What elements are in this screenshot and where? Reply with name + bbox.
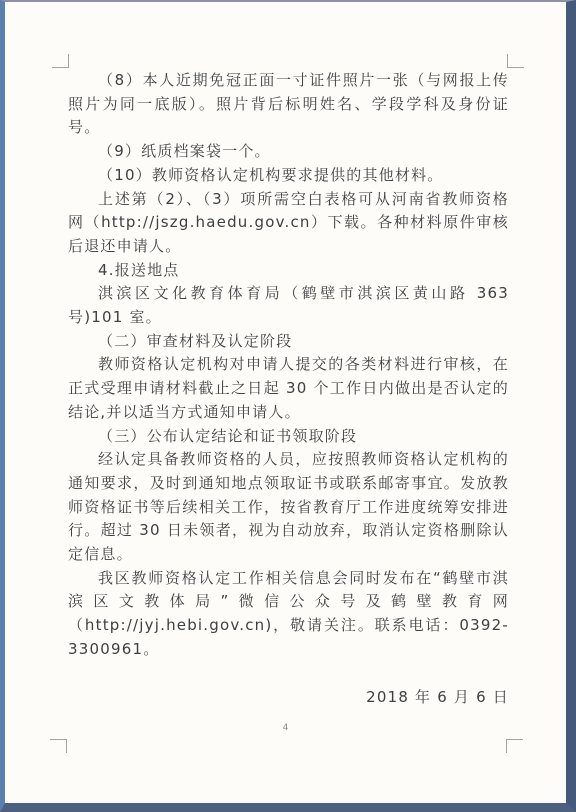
paragraph-review-process: 教师资格认定机构对申请人提交的各类材料进行审核，在正式受理申请材料截止之日起 3…: [68, 353, 509, 424]
paragraph-section-2-heading: （二）审查材料及认定阶段: [68, 330, 509, 354]
paragraph-section-3-heading: （三）公布认定结论和证书领取阶段: [68, 425, 509, 449]
page-number: 4: [5, 723, 566, 733]
date-line: 2018 年 6 月 6 日: [68, 686, 509, 710]
paragraph-certificate-collection: 经认定具备教师资格的人员，应按照教师资格认定机构的通知要求，及时到通知地点领取证…: [68, 448, 509, 567]
paragraph-archive-bag: （9）纸质档案袋一个。: [68, 140, 509, 164]
margin-mark-top-right: [507, 54, 524, 68]
paragraph-blank-forms-download: 上述第（2）、（3）项所需空白表格可从河南省教师资格网（http://jszg.…: [68, 188, 509, 259]
paragraph-photo-requirement: （8）本人近期免冠正面一寸证件照片一张（与网报上传照片为同一底版）。照片背后标明…: [68, 69, 509, 140]
paragraph-submission-location-heading: 4.报送地点: [68, 259, 509, 283]
margin-mark-top-left: [52, 54, 69, 68]
paragraph-information-release: 我区教师资格认定工作相关信息会同时发布在“鹤壁市淇滨区文教体局”微信公众号及鹤壁…: [68, 567, 509, 662]
margin-mark-bottom-left: [50, 739, 67, 753]
document-body: （8）本人近期免冠正面一寸证件照片一张（与网报上传照片为同一底版）。照片背后标明…: [68, 69, 509, 709]
paragraph-submission-address: 淇滨区文化教育体育局（鹤壁市淇滨区黄山路 363 号)101 室。: [68, 282, 509, 329]
margin-mark-bottom-right: [506, 739, 523, 753]
document-page: （8）本人近期免冠正面一寸证件照片一张（与网报上传照片为同一底版）。照片背后标明…: [0, 0, 576, 812]
paragraph-other-materials: （10）教师资格认定机构要求提供的其他材料。: [68, 164, 509, 188]
